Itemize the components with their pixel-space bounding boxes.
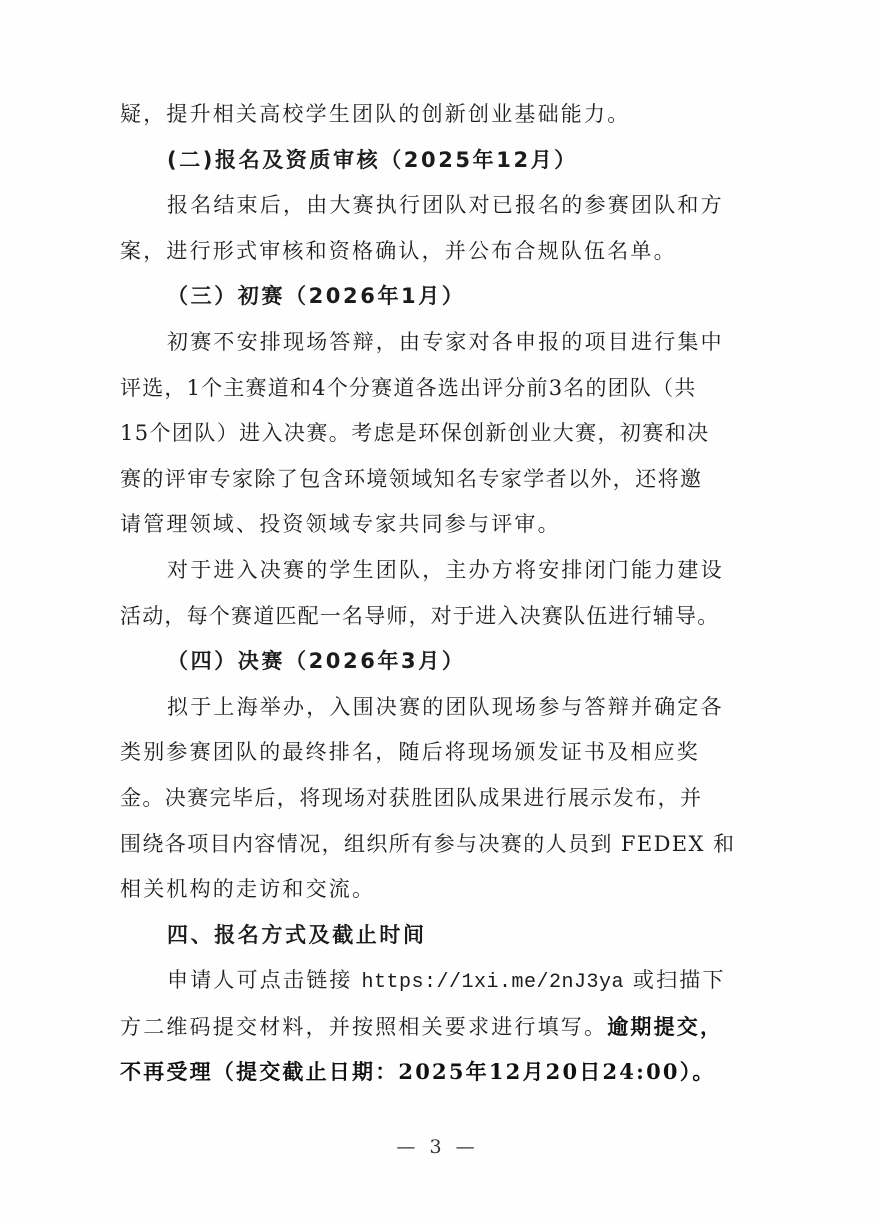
paragraph-line: 金。决赛完毕后，将现场对获胜团队成果进行展示发布，并 bbox=[120, 776, 740, 822]
paragraph-line: 评选，1个主赛道和4个分赛道各选出评分前3名的团队（共 bbox=[120, 366, 740, 412]
registration-link[interactable]: https://1xi.me/2nJ3ya bbox=[361, 971, 624, 994]
paragraph-line: 申请人可点击链接 https://1xi.me/2nJ3ya 或扫描下 bbox=[120, 958, 740, 1004]
section-heading-registration-method: 四、报名方式及截止时间 bbox=[120, 913, 740, 959]
deadline-notice: 不再受理（提交截止日期：2025年12月20日24:00）。 bbox=[120, 1049, 740, 1095]
paragraph-line: 活动，每个赛道匹配一名导师，对于进入决赛队伍进行辅导。 bbox=[120, 594, 740, 640]
paragraph-line: 初赛不安排现场答辩，由专家对各申报的项目进行集中 bbox=[120, 320, 740, 366]
paragraph-line: 赛的评审专家除了包含环境领域知名专家学者以外，还将邀 bbox=[120, 457, 740, 503]
paragraph-line: 疑，提升相关高校学生团队的创新创业基础能力。 bbox=[120, 92, 740, 138]
registration-text: 或扫描下 bbox=[624, 968, 726, 992]
paragraph-line: 15个团队）进入决赛。考虑是环保创新创业大赛，初赛和决 bbox=[120, 411, 740, 457]
section-heading-final: （四）决赛（2026年3月） bbox=[120, 639, 740, 685]
paragraph-line: 相关机构的走访和交流。 bbox=[120, 867, 740, 913]
paragraph-line: 对于进入决赛的学生团队，主办方将安排闭门能力建设 bbox=[120, 548, 740, 594]
document-body: 疑，提升相关高校学生团队的创新创业基础能力。 (二)报名及资质审核（2025年1… bbox=[120, 92, 740, 1095]
registration-text: 申请人可点击链接 bbox=[167, 968, 361, 992]
paragraph-line: 案，进行形式审核和资格确认，并公布合规队伍名单。 bbox=[120, 229, 740, 275]
section-heading-preliminary: （三）初赛（2026年1月） bbox=[120, 274, 740, 320]
paragraph-line: 请管理领域、投资领域专家共同参与评审。 bbox=[120, 502, 740, 548]
section-heading-registration-review: (二)报名及资质审核（2025年12月） bbox=[120, 138, 740, 184]
registration-text: 方二维码提交材料，并按照相关要求进行填写。 bbox=[120, 1015, 607, 1039]
paragraph-line: 围绕各项目内容情况，组织所有参与决赛的人员到 FEDEX 和 bbox=[120, 822, 740, 868]
paragraph-line: 类别参赛团队的最终排名，随后将现场颁发证书及相应奖 bbox=[120, 730, 740, 776]
late-submission-notice: 逾期提交， bbox=[607, 1014, 723, 1039]
paragraph-line: 报名结束后，由大赛执行团队对已报名的参赛团队和方 bbox=[120, 183, 740, 229]
page-number: — 3 — bbox=[0, 1136, 875, 1158]
paragraph-line: 方二维码提交材料，并按照相关要求进行填写。逾期提交， bbox=[120, 1004, 740, 1050]
document-page: 疑，提升相关高校学生团队的创新创业基础能力。 (二)报名及资质审核（2025年1… bbox=[0, 0, 875, 1221]
paragraph-line: 拟于上海举办，入围决赛的团队现场参与答辩并确定各 bbox=[120, 685, 740, 731]
